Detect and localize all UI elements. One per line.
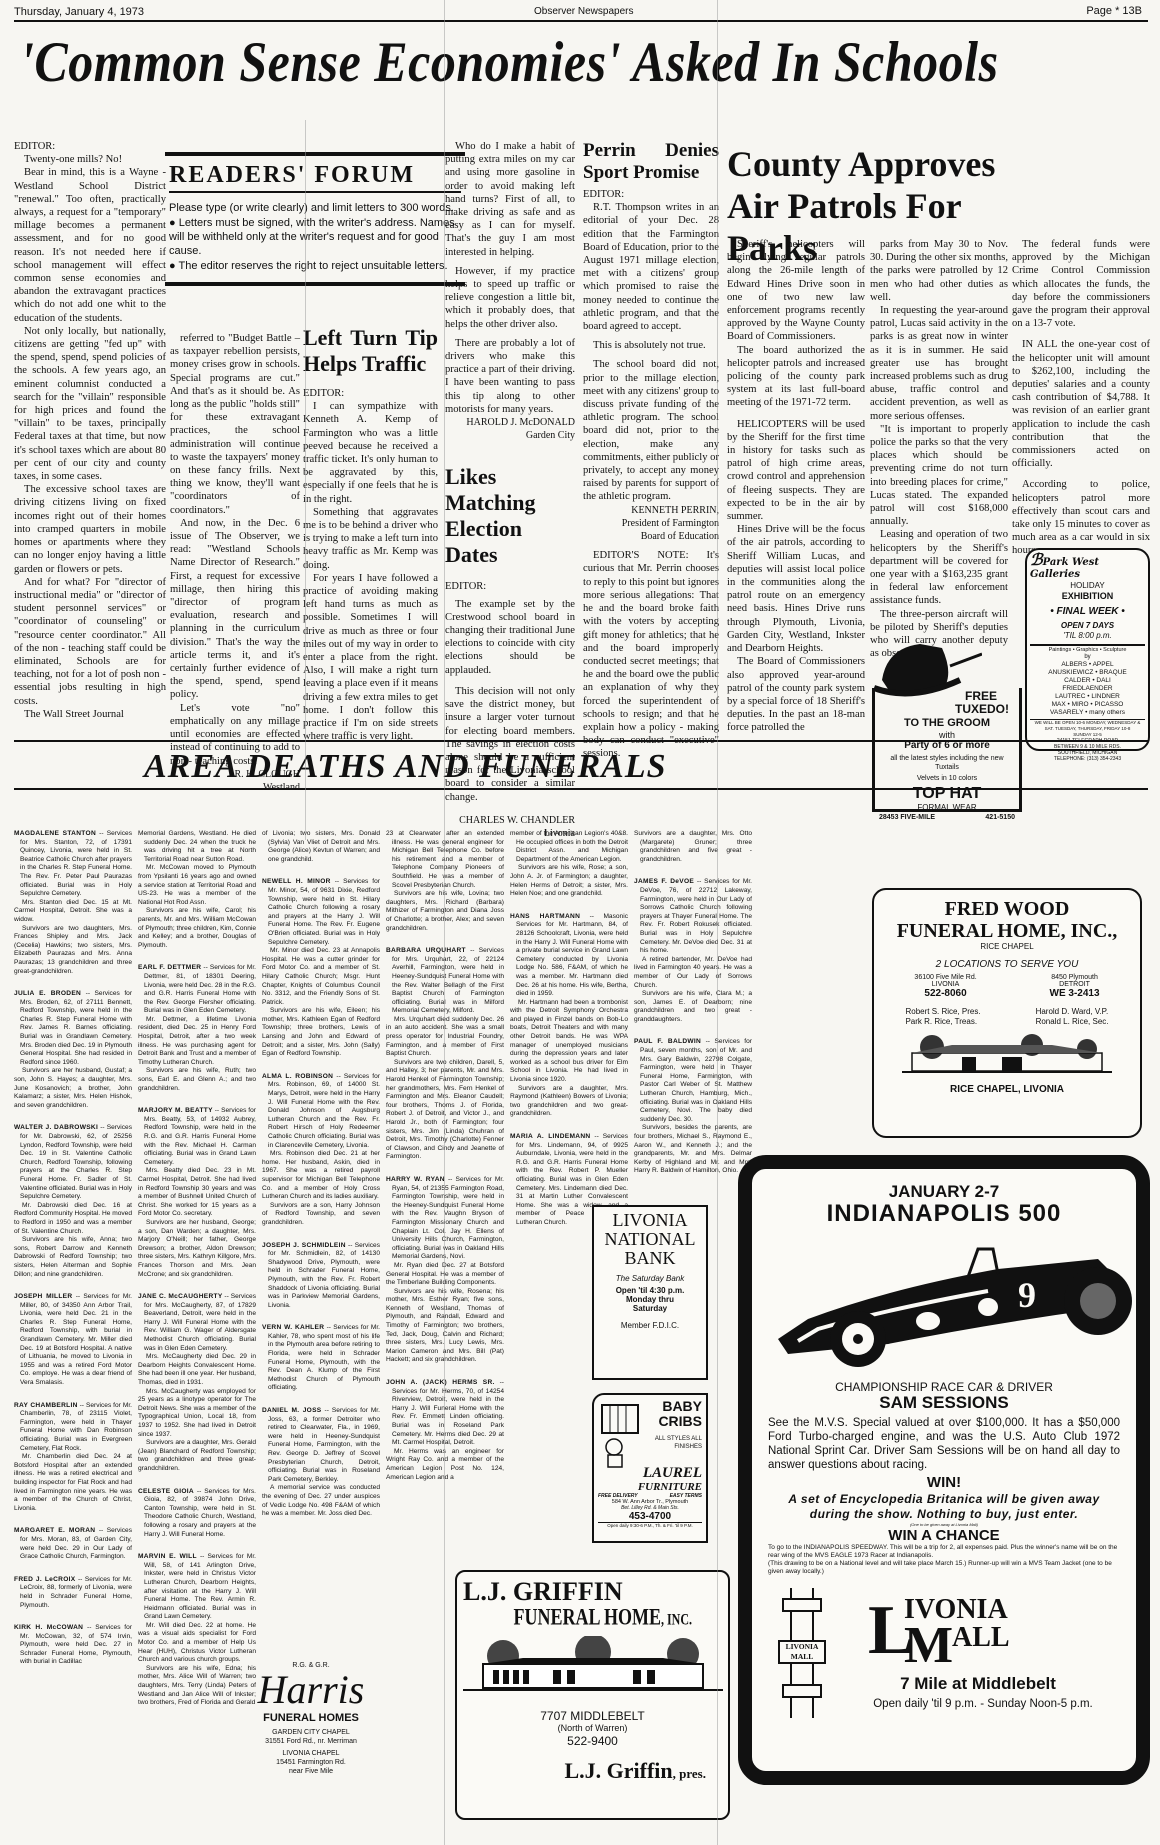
ad-staff: Robert S. Rice, Pres.Park R. Rice, Treas… — [878, 1007, 1136, 1027]
obituary-paragraph: Survivors are his wife, Lovina; two daug… — [386, 890, 504, 933]
deaths-section-title: AREA DEATHS AND FUNERALS — [144, 748, 667, 786]
obituary-lead: Survivors are a daughter, Mrs. Otto (Mar… — [634, 830, 752, 864]
letter-signature: KENNETH PERRIN, — [583, 504, 719, 517]
ad-by: by — [1030, 654, 1145, 661]
obituary-text: Survivors are a daughter, Mrs. Otto (Mar… — [634, 830, 752, 863]
deceased-name: MARIA A. LINDEMANN — [510, 1133, 591, 1140]
obituary-entry: NEWELL H. MINOR -- Services for Mr. Mino… — [262, 878, 380, 1058]
letter-salutation: EDITOR: — [583, 188, 719, 201]
artist-line: MAX • MIRO • PICASSO — [1030, 701, 1145, 709]
letter-paragraph: Something that aggravates me is to be be… — [303, 506, 438, 572]
mall-sign-tower-icon: LIVONIA MALL — [778, 1588, 826, 1718]
obituary-paragraph: Mr. Chamberlin died Dec. 24 at Botsford … — [14, 1453, 132, 1513]
letter-paragraph: The example set by the Crestwood school … — [445, 598, 575, 677]
obituary-paragraph: Survivors are a daughter, Mrs. Raymond (… — [510, 1085, 628, 1119]
obituary-text: Masonic Services for Mr. Hartmann, 84, o… — [516, 913, 628, 997]
bank-hours: Open 'til 4:30 p.m. — [598, 1286, 702, 1295]
livonia-mall-logo: L IVONIA M ALL — [868, 1596, 1068, 1666]
obituary-lead: JOSEPH J. SCHMIDLEIN -- Services for Mr.… — [262, 1242, 380, 1311]
ad-chance-body: To go to the INDIANAPOLIS SPEEDWAY. This… — [768, 1544, 1120, 1560]
obituary-entry: MARGARET E. MORAN -- Services for Mrs. M… — [14, 1527, 132, 1561]
ad-phone: 453-4700 — [598, 1511, 702, 1522]
letter-signature: HAROLD J. McDONALD — [445, 416, 575, 429]
letter-paragraph: Who do I make a habit of putting extra m… — [445, 140, 575, 259]
deceased-name: JOSEPH MILLER — [14, 1293, 72, 1300]
bank-hours: Monday thru — [598, 1295, 702, 1304]
ad-encyclopedia: A set of Encyclopedia Britanica will be … — [768, 1492, 1120, 1522]
obituary-text: Services for Mrs. McCaugherty, 87, of 17… — [144, 1293, 256, 1352]
fred-wood-funeral-home-ad: FRED WOOD FUNERAL HOME, INC., RICE CHAPE… — [872, 888, 1142, 1138]
bank-fdic: Member F.D.I.C. — [598, 1321, 702, 1330]
obituary-text: Services for Mr. DeVoe, 76, of 22712 Lak… — [640, 878, 752, 954]
ad-address: 28453 FIVE-MILE — [879, 814, 935, 821]
obituary-entry: member of the American Legion's 40&8. He… — [510, 830, 628, 899]
deceased-name: MARJORY M. BEATTY — [138, 1107, 213, 1114]
staff-name: Ronald L. Rice, Sec. — [1036, 1017, 1109, 1027]
obituary-paragraph: A retired bartender, Mr. DeVoe had lived… — [634, 956, 752, 990]
letter-paragraph: And for what? For "director of instructi… — [14, 576, 166, 708]
letter-column-2: referred to "Budget Battle – as taxpayer… — [170, 332, 300, 794]
county-column-1: Sheriff's helicopters will begin flying … — [727, 238, 865, 735]
obituary-paragraph: Survivors are his wife, Eileen; his moth… — [262, 1007, 380, 1059]
left-turn-continued: Who do I make a habit of putting extra m… — [445, 140, 575, 840]
bank-name: BANK — [598, 1249, 702, 1268]
main-headline: 'Common Sense Economies' Asked In School… — [20, 28, 1140, 95]
obituary-entry: ALMA L. ROBINSON -- Services for Mrs. Ro… — [262, 1073, 380, 1228]
obituary-entry: JOSEPH J. SCHMIDLEIN -- Services for Mr.… — [262, 1242, 380, 1311]
location-city: DETROIT — [1050, 981, 1100, 988]
obituary-lead: JULIA E. BRODEN -- Services for Mrs. Bro… — [14, 990, 132, 1067]
obituary-text: Services for Paul, seven months, son of … — [640, 1038, 752, 1122]
ad-hours: Open daily 9:30-6 P.M., Th. & Fri. 'til … — [598, 1522, 702, 1528]
letter-signature-place: Garden City — [445, 429, 575, 442]
obituary-paragraph: Mrs. Urquhart died suddenly Dec. 26 in a… — [386, 1016, 504, 1059]
obituary-text: Services for Mr. Herms, 70, of 14254 Riv… — [392, 1388, 504, 1447]
editors-note: EDITOR'S NOTE: It's curious that Mr. Per… — [583, 549, 719, 760]
artist-line: ALBERS • APPEL — [1030, 661, 1145, 669]
obituary-entry: CELESTE GIOIA -- Services for Mrs. Gioia… — [138, 1488, 256, 1540]
ad-tuxedo: TUXEDO! — [875, 703, 1019, 716]
location-livonia: 36100 Five Mile Rd. LIVONIA 522-8060 — [914, 974, 976, 999]
perrin-letter: Perrin Denies Sport Promise EDITOR: R.T.… — [583, 140, 719, 761]
harris-script-logo: Harris — [236, 1669, 386, 1711]
story-paragraph: Hines Drive will be the focus of the air… — [727, 523, 865, 655]
deceased-name: DANIEL M. JOSS — [262, 1407, 322, 1414]
obituary-entry: VERN W. KAHLER -- Services for Mr. Kahle… — [262, 1324, 380, 1393]
obituary-lead: member of the American Legion's 40&8. He… — [510, 830, 628, 864]
artist-line: VASARELY • many others — [1030, 709, 1145, 717]
obituary-entry: FRED J. LeCROIX -- Services for Mr. LeCr… — [14, 1576, 132, 1610]
obituary-text: Services for Mrs. Urquhart, 22, of 22124… — [392, 947, 504, 1014]
story-paragraph: The federal funds were approved by the M… — [1012, 238, 1150, 330]
deceased-name: MARGARET E. MORAN — [14, 1527, 95, 1534]
obituary-lead: 23 at Clearwater after an extended illne… — [386, 830, 504, 890]
deceased-name: VERN W. KAHLER — [262, 1324, 324, 1331]
obituary-paragraph: Survivors are his wife, Clara M.; a son,… — [634, 990, 752, 1024]
livonia-national-bank-ad: LIVONIA NATIONAL BANK The Saturday Bank … — [592, 1205, 708, 1380]
chapel-address: 31551 Ford Rd., nr. Merriman — [236, 1737, 386, 1746]
paper-name: Observer Newspapers — [534, 6, 633, 17]
artist-line: LAUTREC • LINDNER — [1030, 693, 1145, 701]
event-dates: JANUARY 2-7 — [768, 1183, 1120, 1201]
sign-text: MALL — [780, 1652, 824, 1662]
event-title: INDIANAPOLIS 500 — [768, 1201, 1120, 1227]
issue-date: Thursday, January 4, 1973 — [14, 6, 144, 18]
logo-letter-m: M — [904, 1620, 953, 1672]
obituary-lead: HANS HARTMANN -- Masonic Services for Mr… — [510, 913, 628, 999]
ad-media: Paintings • Graphics • Sculpture — [1030, 644, 1145, 654]
griffin-cross-street: (North of Warren) — [463, 1723, 722, 1734]
story-paragraph: Leasing and operation of two helicopters… — [870, 528, 1008, 607]
obituary-paragraph: Survivors are two daughters, Mrs. France… — [14, 925, 132, 977]
chapel-name: GARDEN CITY CHAPEL — [236, 1728, 386, 1737]
deceased-name: JOSEPH J. SCHMIDLEIN — [262, 1242, 346, 1249]
obituary-paragraph: Survivors are his wife, Rosena; his moth… — [386, 1288, 504, 1365]
letter-paragraph: Bear in mind, this is a Wayne - Westland… — [14, 166, 166, 324]
deceased-name: HARRY W. RYAN — [386, 1176, 445, 1183]
location-phone: WE 3-2413 — [1050, 988, 1100, 999]
letter-paragraph: For years I have followed a practice of … — [303, 572, 438, 744]
chapel-name: LIVONIA CHAPEL — [236, 1749, 386, 1758]
race-car-illustration: 9 — [768, 1229, 1138, 1369]
obituary-text: 23 at Clearwater after an extended illne… — [386, 830, 504, 889]
deceased-name: MAGDALENE STANTON — [14, 830, 96, 837]
obituary-paragraph: Mr. Herms was an engineer for Wright Ray… — [386, 1448, 504, 1482]
ad-hours: WE WILL BE OPEN 10-6 MONDAY, WEDNESDAY &… — [1030, 719, 1145, 732]
obituary-text: Services for Mr. Dettmer, 81, of 18301 D… — [144, 964, 256, 1014]
mall-hours: Open daily 'til 9 p.m. - Sunday Noon-5 p… — [828, 1698, 1138, 1710]
obituary-lead: EARL F. DETTMER -- Services for Mr. Dett… — [138, 964, 256, 1016]
griffin-phone: 522-9400 — [463, 1734, 722, 1748]
obituary-entry: PAUL F. BALDWIN -- Services for Paul, se… — [634, 1038, 752, 1176]
letter-paragraph: There are probably a lot of drivers who … — [445, 337, 575, 416]
obituary-column-6: Survivors are a daughter, Mrs. Otto (Mar… — [634, 830, 752, 1190]
obituary-lead: RAY CHAMBERLIN -- Services for Mr. Chamb… — [14, 1402, 132, 1454]
obituary-lead: FRED J. LeCROIX -- Services for Mr. LeCr… — [14, 1576, 132, 1610]
obituary-paragraph: Mrs. McCaugherty was employed for 25 yea… — [138, 1388, 256, 1440]
obituary-column-4: 23 at Clearwater after an extended illne… — [386, 830, 504, 1496]
election-dates-title: Likes Matching Election Dates — [445, 464, 575, 568]
obituary-paragraph: Mrs. Robinson died Dec. 21 at her home. … — [262, 1150, 380, 1202]
obituary-entry: MAGDALENE STANTON -- Services for Mrs. S… — [14, 830, 132, 976]
story-paragraph: The board authorized the helicopter patr… — [727, 344, 865, 410]
park-west-brand: ℬPark West Galleries — [1030, 554, 1145, 581]
letter-paragraph: Not only locally, but nationally, citize… — [14, 325, 166, 483]
obituary-lead: HARRY W. RYAN -- Services for Mr. Ryan, … — [386, 1176, 504, 1262]
staff-name: Robert S. Rice, Pres. — [905, 1007, 980, 1017]
obituary-entry: of Livonia; two sisters, Mrs. Donald (Sy… — [262, 830, 380, 864]
obituary-column-3: of Livonia; two sisters, Mrs. Donald (Sy… — [262, 830, 380, 1533]
location-detroit: 8450 Plymouth DETROIT WE 3-2413 — [1050, 974, 1100, 999]
deceased-name: ALMA L. ROBINSON — [262, 1073, 333, 1080]
president-title: , pres. — [673, 1766, 706, 1781]
obituary-lead: JAMES F. DeVOE -- Services for Mr. DeVoe… — [634, 878, 752, 955]
story-paragraph: Sheriff's helicopters will begin flying … — [727, 238, 865, 344]
obituary-text: Services for Mr. Schmidlein, 82, of 1413… — [268, 1242, 380, 1309]
chapel-address: 15451 Farmington Rd. — [236, 1758, 386, 1767]
letter-paragraph: The school board did not, prior to the m… — [583, 358, 719, 503]
deceased-name: JULIA E. BRODEN — [14, 990, 81, 997]
obituary-lead: BARBARA URQUHART -- Services for Mrs. Ur… — [386, 947, 504, 1016]
obituary-entry: RAY CHAMBERLIN -- Services for Mr. Chamb… — [14, 1402, 132, 1514]
deceased-name: FRED J. LeCROIX — [14, 1576, 76, 1583]
letter-paragraph: referred to "Budget Battle – as taxpayer… — [170, 332, 300, 517]
bank-name: LIVONIA — [598, 1211, 702, 1230]
ad-phone: 421-5150 — [985, 814, 1015, 821]
masthead: Thursday, January 4, 1973 Observer Newsp… — [14, 0, 1148, 22]
ad-tagline: 2 LOCATIONS TO SERVE YOU — [878, 958, 1136, 972]
obituary-paragraph: Survivors are her husband, George; a son… — [138, 1219, 256, 1279]
obituary-lead: of Livonia; two sisters, Mrs. Donald (Sy… — [262, 830, 380, 864]
ad-groom: TO THE GROOM — [875, 716, 1019, 730]
deceased-name: BARBARA URQUHART — [386, 947, 466, 954]
deceased-name: HANS HARTMANN — [510, 913, 580, 920]
forum-rules: Please type (or write clearly) and limit… — [169, 201, 461, 273]
ad-win-chance: WIN A CHANCE — [768, 1527, 1120, 1544]
obituary-lead: JANE C. McCAUGHERTY -- Services for Mrs.… — [138, 1293, 256, 1353]
obituary-text: Services for Mr. Minor, 54, of 9631 Dixi… — [268, 878, 380, 945]
obituary-lead: MAGDALENE STANTON -- Services for Mrs. S… — [14, 830, 132, 899]
deceased-name: MARVIN E. WILL — [138, 1553, 197, 1560]
obituary-text: Services for Mr. Chamberlin, 78, of 2311… — [20, 1402, 132, 1452]
obituary-lead: KIRK H. McCOWAN -- Services for Mr. McCo… — [14, 1624, 132, 1667]
baby-crib-illustration — [598, 1401, 642, 1471]
griffin-inc: , INC. — [661, 1610, 692, 1628]
deceased-name: PAUL F. BALDWIN — [634, 1038, 701, 1045]
obituary-paragraph: Survivors are his wife, Ruth; two sons, … — [138, 1067, 256, 1093]
obituary-text: of Livonia; two sisters, Mrs. Donald (Sy… — [262, 830, 380, 863]
story-paragraph: According to police, helicopters patrol … — [1012, 478, 1150, 557]
laurel-brand: FURNITURE — [598, 1481, 702, 1493]
deceased-name: JAMES F. DeVOE — [634, 878, 694, 885]
obituary-paragraph: Survivors are his wife, Carol; his paren… — [138, 907, 256, 950]
laurel-furniture-ad: BABY CRIBS ALL STYLES ALL FINISHES LAURE… — [592, 1393, 708, 1543]
obituary-lead: VERN W. KAHLER -- Services for Mr. Kahle… — [262, 1324, 380, 1393]
obituary-lead: JOHN A. (JACK) HERMS SR. -- Services for… — [386, 1379, 504, 1448]
griffin-sub: FUNERAL HOME, INC. — [463, 1602, 722, 1633]
bank-hours: Saturday — [598, 1304, 702, 1313]
deaths-section-banner: AREA DEATHS AND FUNERALS — [14, 740, 1148, 790]
ad-name: FUNERAL HOME, INC., — [878, 920, 1136, 942]
deceased-name: CELESTE GIOIA — [138, 1488, 194, 1495]
location-address: 8450 Plymouth — [1050, 974, 1100, 981]
obituary-entry: EARL F. DETTMER -- Services for Mr. Dett… — [138, 964, 256, 1093]
forum-rule: ● The editor reserves the right to rejec… — [169, 259, 461, 273]
obituary-paragraph: Mrs. Stanton died Dec. 15 at Mt. Carmel … — [14, 899, 132, 925]
obituary-entry: KIRK H. McCOWAN -- Services for Mr. McCo… — [14, 1624, 132, 1667]
obituary-entry: HANS HARTMANN -- Masonic Services for Mr… — [510, 913, 628, 1119]
ad-exhibition: EXHIBITION — [1030, 591, 1145, 602]
obituary-lead: MARGARET E. MORAN -- Services for Mrs. M… — [14, 1527, 132, 1561]
ad-championship: CHAMPIONSHIP RACE CAR & DRIVER — [768, 1380, 1120, 1394]
letter-paragraph: However, if my practice helps to speed u… — [445, 265, 575, 331]
artist-line: CALDER • DALI — [1030, 677, 1145, 685]
obituary-paragraph: Survivors, besides the parents, are four… — [634, 1124, 752, 1176]
obituary-lead: NEWELL H. MINOR -- Services for Mr. Mino… — [262, 878, 380, 947]
obituary-paragraph: Mr. Minor died Dec. 23 at Annapolis Hosp… — [262, 947, 380, 1007]
story-paragraph: IN ALL the one-year cost of the helicopt… — [1012, 338, 1150, 470]
artist-list: ALBERS • APPEL ANUSKIEWICZ • BRAQUE CALD… — [1030, 661, 1145, 717]
obituary-paragraph: Mr. Dettmer, a lifetime Livonia resident… — [138, 1016, 256, 1068]
obituary-paragraph: Survivors are his wife, Anna; two sons, … — [14, 1236, 132, 1279]
letter-salutation: EDITOR: — [445, 580, 575, 593]
obituary-lead: PAUL F. BALDWIN -- Services for Paul, se… — [634, 1038, 752, 1124]
letter-paragraph: I can sympathize with Kenneth A. Kemp of… — [303, 400, 438, 506]
obituary-column-5: member of the American Legion's 40&8. He… — [510, 830, 628, 1242]
artist-line: FRIEDLAENDER — [1030, 685, 1145, 693]
readers-forum-box: READERS' FORUM Please type (or write cle… — [165, 152, 465, 286]
obituary-entry: JANE C. McCAUGHERTY -- Services for Mrs.… — [138, 1293, 256, 1473]
obituary-lead: WALTER J. DABROWSKI -- Services for Mr. … — [14, 1124, 132, 1201]
obituary-text: Services for Mrs. Broden, 62, of 27111 B… — [20, 990, 132, 1066]
ad-final-week: • FINAL WEEK • — [1030, 605, 1145, 619]
griffin-president: L.J. Griffin, pres. — [463, 1758, 722, 1784]
obituary-text: Services for Mrs. Gioia, 82, of 39874 Jo… — [144, 1488, 256, 1538]
staff-name: Harold D. Ward, V.P. — [1036, 1007, 1109, 1017]
signature-title: Board of Education — [583, 530, 719, 543]
location-address: 36100 Five Mile Rd. — [914, 974, 976, 981]
obituary-paragraph: Survivors are her husband, Gustaf; a son… — [14, 1067, 132, 1110]
ad-open: OPEN 7 DAYS — [1030, 621, 1145, 631]
ad-locations: 36100 Five Mile Rd. LIVONIA 522-8060 845… — [878, 974, 1136, 999]
obituary-entry: Survivors are a daughter, Mrs. Otto (Mar… — [634, 830, 752, 864]
griffin-funeral-home-ad: L.J. GRIFFIN FUNERAL HOME, INC. 7707 MID… — [455, 1570, 730, 1820]
obituary-text: Memorial Gardens, Westland. He died sudd… — [138, 830, 256, 863]
ad-funeral-homes: FUNERAL HOMES — [236, 1711, 386, 1725]
sign-text: LIVONIA — [780, 1642, 824, 1652]
obituary-text: Services for Mr. Will, 58, of 141 Arling… — [144, 1553, 256, 1620]
obituary-entry: BARBARA URQUHART -- Services for Mrs. Ur… — [386, 947, 504, 1162]
obituary-text: Services for Mr. Ryan, 54, of 21355 Farm… — [392, 1176, 504, 1260]
griffin-funeral-home: FUNERAL HOME — [513, 1604, 661, 1630]
indy-500-livonia-mall-ad: JANUARY 2-7 INDIANAPOLIS 500 9 CHAMPIONS… — [738, 1155, 1150, 1785]
obituary-entry: DANIEL M. JOSS -- Services for Mr. Joss,… — [262, 1407, 380, 1519]
obituary-lead: MARVIN E. WILL -- Services for Mr. Will,… — [138, 1553, 256, 1622]
obituary-text: member of the American Legion's 40&8. He… — [510, 830, 628, 863]
obituary-entry: 23 at Clearwater after an extended illne… — [386, 830, 504, 933]
obituary-paragraph: Survivors are his wife, Rose; a son, Joh… — [510, 864, 628, 898]
obituary-paragraph: Mr. Hartmann had been a trombonist with … — [510, 999, 628, 1085]
story-paragraph: HELICOPTERS will be used by the Sheriff … — [727, 418, 865, 524]
ad-til: 'TIL 8:00 p.m. — [1030, 631, 1145, 641]
readers-forum-title: READERS' FORUM — [169, 162, 461, 193]
letter-signature: CHARLES W. CHANDLER — [445, 814, 575, 827]
artist-line: ANUSKIEWICZ • BRAQUE — [1030, 669, 1145, 677]
deceased-name: KIRK H. McCOWAN — [14, 1624, 83, 1631]
letter-salutation: EDITOR: — [14, 140, 166, 153]
obituary-lead: JOSEPH MILLER -- Services for Mr. Miller… — [14, 1293, 132, 1388]
obituary-column-1: MAGDALENE STANTON -- Services for Mrs. S… — [14, 830, 132, 1681]
letter-column-1: EDITOR: Twenty-one mills? No! Bear in mi… — [14, 140, 166, 721]
location-phone: 522-8060 — [914, 988, 976, 999]
obituary-paragraph: Mr. Dabrowski died Dec. 16 at Redford Co… — [14, 1202, 132, 1236]
harris-funeral-homes-ad: R.G. & G.R. Harris FUNERAL HOMES GARDEN … — [236, 1650, 386, 1810]
obituary-column-2: Memorial Gardens, Westland. He died sudd… — [138, 830, 256, 1722]
obituary-paragraph: Survivors are a son, Harry Johnson of Re… — [262, 1202, 380, 1228]
funeral-home-illustration — [463, 1636, 723, 1698]
logo-all: ALL — [952, 1624, 1010, 1652]
obituary-entry: JAMES F. DeVOE -- Services for Mr. DeVoe… — [634, 878, 752, 1024]
story-paragraph: "It is important to properly police the … — [870, 423, 1008, 529]
letter-paragraph: This is absolutely not true. — [583, 339, 719, 352]
obituary-entry: HARRY W. RYAN -- Services for Mr. Ryan, … — [386, 1176, 504, 1365]
bank-tagline: The Saturday Bank — [598, 1274, 702, 1283]
obituary-paragraph: Mrs. Beatty died Dec. 23 in Mt. Carmel H… — [138, 1167, 256, 1219]
letter-paragraph: Twenty-one mills? No! — [14, 153, 166, 166]
county-column-2: parks from May 30 to Nov. 30. During the… — [870, 238, 1008, 661]
obituary-lead: CELESTE GIOIA -- Services for Mrs. Gioia… — [138, 1488, 256, 1540]
obituary-lead: Memorial Gardens, Westland. He died sudd… — [138, 830, 256, 864]
left-turn-title: Left Turn Tip Helps Traffic — [303, 325, 438, 377]
letter-paragraph: And now, in the Dec. 6 issue of The Obse… — [170, 517, 300, 702]
obituary-lead: ALMA L. ROBINSON -- Services for Mrs. Ro… — [262, 1073, 380, 1150]
deceased-name: NEWELL H. MINOR — [262, 878, 331, 885]
obituary-paragraph: Survivors are two children, Darell, 5, a… — [386, 1059, 504, 1162]
ad-name: FRED WOOD — [878, 898, 1136, 920]
obituary-paragraph: A memorial service was conducted the eve… — [262, 1484, 380, 1518]
obituary-paragraph: Mr. McCowan moved to Plymouth from Ypsil… — [138, 864, 256, 907]
deceased-name: JANE C. McCAUGHERTY — [138, 1293, 223, 1300]
ad-chance-note: (This drawing to be on a National level … — [768, 1560, 1120, 1576]
president-name: L.J. Griffin — [564, 1758, 672, 1783]
obituary-text: Services for Mr. Kahler, 78, who spent m… — [268, 1324, 380, 1391]
deceased-name: EARL F. DETTMER — [138, 964, 201, 971]
ad-body: See the M.V.S. Special valued at over $1… — [768, 1416, 1120, 1472]
obituary-entry: Memorial Gardens, Westland. He died sudd… — [138, 830, 256, 950]
county-column-3: The federal funds were approved by the M… — [1012, 238, 1150, 558]
obituary-paragraph: Mrs. McCaugherty died Dec. 29 in Dearbor… — [138, 1353, 256, 1387]
obituary-entry: JULIA E. BRODEN -- Services for Mrs. Bro… — [14, 990, 132, 1110]
obituary-entry: MARJORY M. BEATTY -- Services for Mrs. B… — [138, 1107, 256, 1279]
forum-rule: Please type (or write clearly) and limit… — [169, 201, 461, 215]
page-number: Page * 13B — [1086, 5, 1142, 17]
obituary-text: Services for Mrs. Stanton, 72, of 17391 … — [20, 830, 132, 897]
letter-paragraph: R.T. Thompson writes in an editorial of … — [583, 201, 719, 333]
letter-paragraph: The excessive school taxes are driving c… — [14, 483, 166, 575]
obituary-text: Services for Mrs. Robinson, 69, of 14000… — [268, 1073, 380, 1149]
ad-contact: 28453 FIVE-MILE 421-5150 — [875, 813, 1019, 822]
park-west-logo-icon: ℬ — [1030, 550, 1043, 569]
obituary-text: Services for Mr. Miller, 80, of 34350 An… — [20, 1293, 132, 1386]
ad-footer: RICE CHAPEL, LIVONIA — [878, 1084, 1136, 1096]
staff-name: Park R. Rice, Treas. — [905, 1017, 980, 1027]
deceased-name: JOHN A. (JACK) HERMS SR. — [386, 1379, 495, 1386]
ad-win: WIN! — [768, 1474, 1120, 1492]
obituary-text: Services for Mr. Joss, 63, a former Detr… — [268, 1407, 380, 1483]
story-paragraph: In requesting the year-around patrol, Lu… — [870, 304, 1008, 423]
ad-chapel: RICE CHAPEL — [878, 942, 1136, 952]
story-paragraph: The Board of Commissioners also approved… — [727, 655, 865, 734]
car-number: 9 — [1018, 1275, 1036, 1315]
obituary-entry: JOHN A. (JACK) HERMS SR. -- Services for… — [386, 1379, 504, 1482]
perrin-title: Perrin Denies Sport Promise — [583, 140, 719, 184]
park-west-galleries-ad: ℬPark West Galleries HOLIDAY EXHIBITION … — [1025, 548, 1150, 751]
letter-salutation: EDITOR: — [303, 387, 438, 400]
griffin-address: 7707 MIDDLEBELT — [463, 1709, 722, 1723]
story-paragraph: parks from May 30 to Nov. 30. During the… — [870, 238, 1008, 304]
deceased-name: RAY CHAMBERLIN — [14, 1402, 78, 1409]
deceased-name: WALTER J. DABROWSKI — [14, 1124, 98, 1131]
driver-name: SAM SESSIONS — [768, 1394, 1120, 1412]
chapel-near: near Five Mile — [236, 1767, 386, 1776]
obituary-text: Services for Mr. Dabrowski, 62, of 25256… — [20, 1124, 132, 1200]
obituary-entry: WALTER J. DABROWSKI -- Services for Mr. … — [14, 1124, 132, 1279]
obituary-text: Services for Mrs. Beatty, 53, of 14932 A… — [144, 1107, 256, 1166]
chapel-building-illustration — [892, 1031, 1122, 1079]
livonia-mall-logo-area: LIVONIA MALL L IVONIA M ALL 7 Mile at Mi… — [768, 1582, 1120, 1722]
left-turn-letter: Left Turn Tip Helps Traffic EDITOR: I ca… — [303, 325, 438, 743]
obituary-paragraph: Mr. Ryan died Dec. 27 at Botsford Genera… — [386, 1262, 504, 1288]
